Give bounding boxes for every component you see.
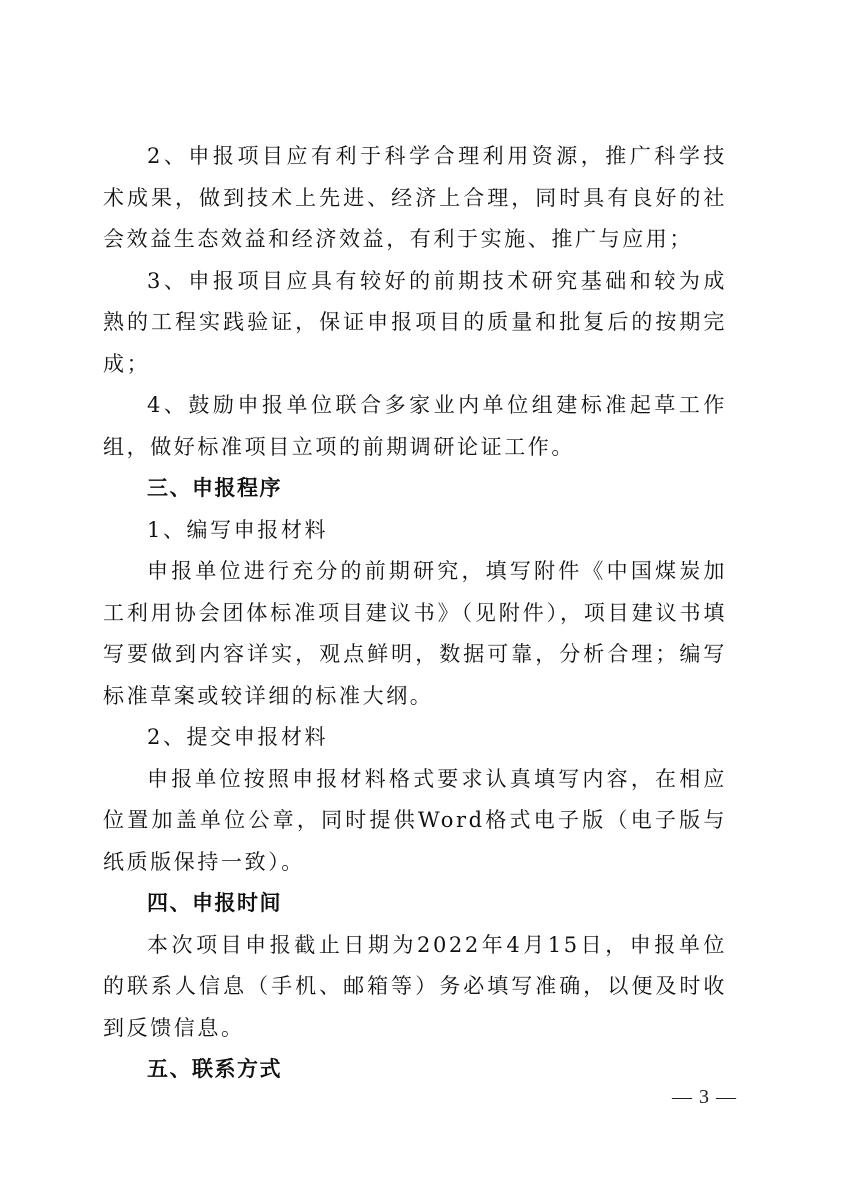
requirement-item-2: 2、申报项目应有利于科学合理利用资源，推广科学技术成果，做到技术上先进、经济上合… <box>103 136 727 261</box>
document-page: 2、申报项目应有利于科学合理利用资源，推广科学技术成果，做到技术上先进、经济上合… <box>103 136 727 1091</box>
section-heading-application-time: 四、申报时间 <box>103 883 727 925</box>
body-prepare-materials: 申报单位进行充分的前期研究，填写附件《中国煤炭加工利用协会团体标准项目建议书》（… <box>103 551 727 717</box>
requirement-item-3: 3、申报项目应具有较好的前期技术研究基础和较为成熟的工程实践验证，保证申报项目的… <box>103 261 727 386</box>
subheading-prepare-materials: 1、编写申报材料 <box>103 510 727 552</box>
requirement-item-4: 4、鼓励申报单位联合多家业内单位组建标准起草工作组，做好标准项目立项的前期调研论… <box>103 385 727 468</box>
subheading-submit-materials: 2、提交申报材料 <box>103 717 727 759</box>
body-application-time: 本次项目申报截止日期为2022年4月15日，申报单位的联系人信息（手机、邮箱等）… <box>103 925 727 1050</box>
section-heading-contact: 五、联系方式 <box>103 1049 727 1091</box>
body-submit-materials: 申报单位按照申报材料格式要求认真填写内容，在相应位置加盖单位公章，同时提供Wor… <box>103 759 727 884</box>
page-number: — 3 — <box>672 1086 737 1109</box>
section-heading-application-procedure: 三、申报程序 <box>103 468 727 510</box>
